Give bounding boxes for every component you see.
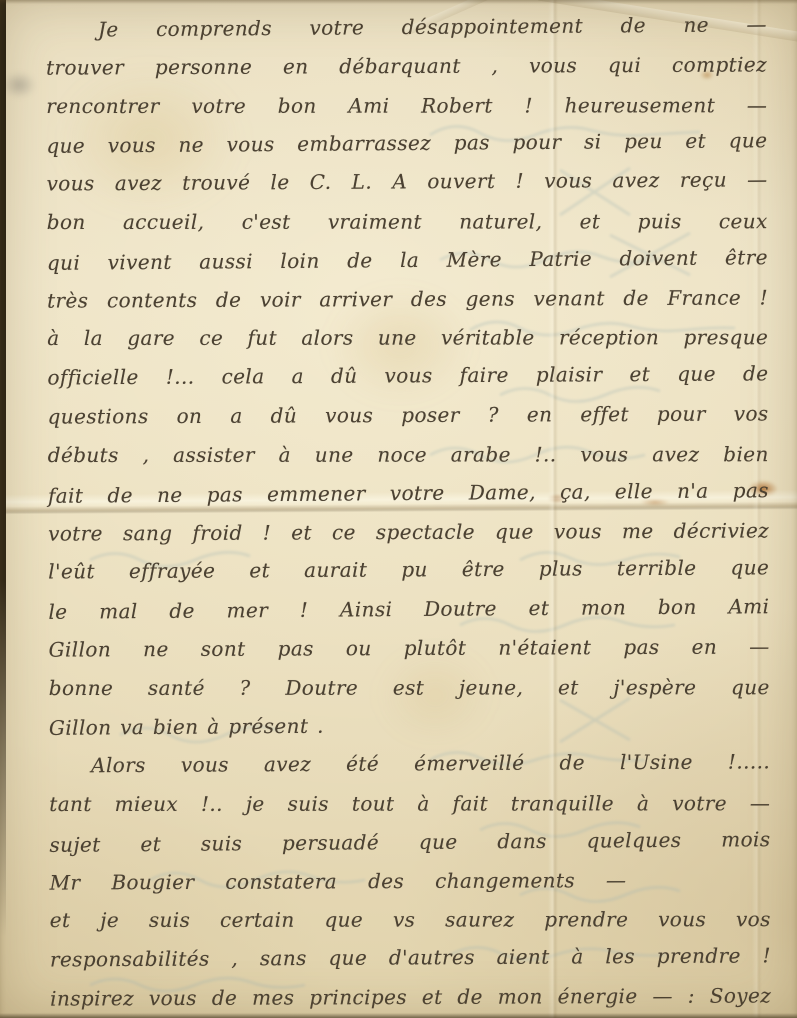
letter-line: questions on a dû vous poser ? en effet … <box>47 394 768 436</box>
letter-line: Mr Bougier constatera des changements — <box>50 860 771 902</box>
letter-line: Alors vous avez été émerveillé de l'Usin… <box>49 742 770 785</box>
letter-line: tant mieux !.. je suis tout à fait tranq… <box>49 784 770 824</box>
letter-body: Je comprends votre désappointement de ne… <box>46 6 771 1018</box>
letter-line: et je suis certain que vs saurez prendre… <box>50 900 771 940</box>
letter-line: Gillon va bien à présent . <box>49 704 770 748</box>
letter-line: sujet et suis persuadé que dans quelques… <box>49 820 770 864</box>
letter-line: fait de ne pas emmener votre Dame, ça, e… <box>48 471 769 515</box>
letter-line: votre sang froid ! et ce spectacle que v… <box>48 511 769 553</box>
letter-line: très contents de voir arriver des gens v… <box>47 278 768 320</box>
scan-edge-shadow <box>0 0 6 937</box>
letter-page: Je comprends votre désappointement de ne… <box>0 0 797 1018</box>
letter-line: trouver personne en débarquant , vous qu… <box>46 45 767 87</box>
letter-line: que vous ne vous embarrassez pas pour si… <box>46 122 767 166</box>
letter-line: le mal de mer ! Ainsi Doutre et mon bon … <box>48 587 769 631</box>
letter-line: qui vivent aussi loin de la Mère Patrie … <box>47 238 768 282</box>
letter-line: responsabilités , sans que d'autres aien… <box>50 936 771 979</box>
letter-line: bonne santé ? Doutre est jeune, et j'esp… <box>49 668 770 708</box>
letter-line: Gillon ne sont pas ou plutôt n'étaient p… <box>49 627 770 669</box>
letter-line: officielle !... cela a dû vous faire pla… <box>47 354 768 397</box>
letter-line: Je comprends votre désappointement de ne… <box>46 5 767 49</box>
scan-edge-shadow <box>0 0 797 4</box>
letter-line: débuts , assister à une noce arabe !.. v… <box>48 435 769 475</box>
letter-line: inspirez vous de mes principes et de mon… <box>50 976 771 1018</box>
letter-line: vous avez trouvé le C. L. A ouvert ! vou… <box>46 161 767 204</box>
pencil-smudge <box>2 72 36 98</box>
letter-line: bon accueil, c'est vraiment naturel, et … <box>47 202 768 242</box>
letter-line: à la gare ce fut alors une véritable réc… <box>47 319 768 359</box>
letter-line: rencontrer votre bon Ami Robert ! heureu… <box>46 86 767 126</box>
letter-line: l'eût effrayée et aurait pu être plus te… <box>48 548 769 591</box>
